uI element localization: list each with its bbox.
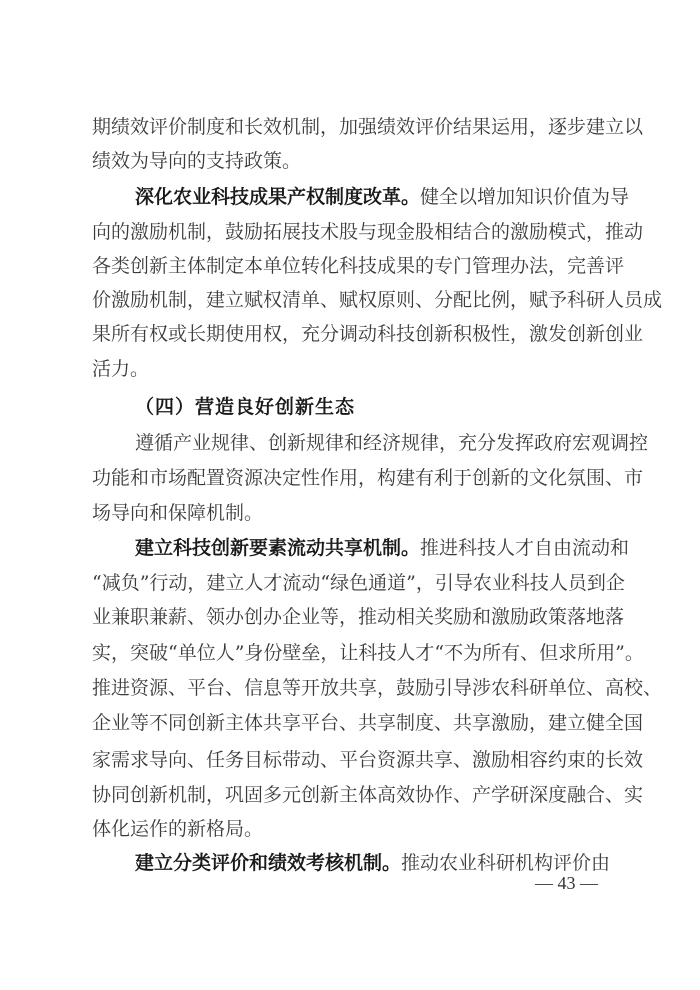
line-text: “减负”行动，建立人才流动“绿色通道”，引导农业科技人员到企 [92,572,625,594]
paragraph-line: 绩效为导向的支持政策。 [92,149,606,173]
paragraph-lead-heading: 深化农业科技成果产权制度改革。 [135,186,420,208]
paragraph-line: 推进资源、平台、信息等开放共享，鼓励引导涉农科研单位、高校、 [92,676,606,700]
paragraph-line: 活力。 [92,357,606,381]
line-text: 业兼职兼薪、领办创办企业等，推动相关奖励和激励政策落地落 [92,606,624,628]
line-text: 绩效为导向的支持政策。 [92,150,301,172]
paragraph-line: 实，突破“单位人”身份壁垒，让科技人才“不为所有、但求所用”。 [92,641,606,665]
line-text: 健全以增加知识价值为导 [420,186,629,208]
paragraph-line: 功能和市场配置资源决定性作用，构建有利于创新的文化氛围、市 [92,466,606,490]
line-text: 期绩效评价制度和长效机制，加强绩效评价结果运用，逐步建立以 [92,116,643,138]
line-text: 推动农业科研机构评价由 [401,852,610,874]
paragraph-line: 向的激励机制，鼓励拓展技术股与现金股相结合的激励模式，推动 [92,220,606,244]
line-text: 功能和市场配置资源决定性作用，构建有利于创新的文化氛围、市 [92,467,643,489]
line-text: 向的激励机制，鼓励拓展技术股与现金股相结合的激励模式，推动 [92,221,643,243]
paragraph-line: 建立分类评价和绩效考核机制。推动农业科研机构评价由 [135,851,606,875]
line-text: 价激励机制，建立赋权清单、赋权原则、分配比例，赋予科研人员成 [92,289,662,311]
page-number: — 43 — [535,873,598,894]
paragraph-line: 业兼职兼薪、领办创办企业等，推动相关奖励和激励政策落地落 [92,605,606,629]
document-page: 期绩效评价制度和长效机制，加强绩效评价结果运用，逐步建立以 绩效为导向的支持政策… [0,0,700,990]
line-text: 推进科技人才自由流动和 [420,537,629,559]
line-text: 协同创新机制，巩固多元创新主体高效协作、产学研深度融合、实 [92,784,643,806]
paragraph-line: “减负”行动，建立人才流动“绿色通道”，引导农业科技人员到企 [92,571,606,595]
line-text: 实，突破“单位人”身份壁垒，让科技人才“不为所有、但求所用”。 [92,642,644,664]
line-text: 果所有权或长期使用权，充分调动科技创新积极性，激发创新创业 [92,323,643,345]
paragraph-line: 深化农业科技成果产权制度改革。健全以增加知识价值为导 [135,185,606,209]
paragraph-line: 价激励机制，建立赋权清单、赋权原则、分配比例，赋予科研人员成 [92,288,606,312]
line-text: 场导向和保障机制。 [92,502,263,524]
paragraph-lead-heading: 建立科技创新要素流动共享机制。 [135,537,420,559]
paragraph-line: 果所有权或长期使用权，充分调动科技创新积极性，激发创新创业 [92,322,606,346]
paragraph-line: 场导向和保障机制。 [92,501,606,525]
paragraph-line: 体化运作的新格局。 [92,817,606,841]
section-heading-text: （四）营造良好创新生态 [135,396,355,418]
paragraph-line: 家需求导向、任务目标带动、平台资源共享、激励相容约束的长效 [92,748,606,772]
line-text: 企业等不同创新主体共享平台、共享制度、共享激励，建立健全国 [92,712,643,734]
line-text: 推进资源、平台、信息等开放共享，鼓励引导涉农科研单位、高校、 [92,677,662,699]
line-text: 活力。 [92,358,149,380]
paragraph-line: 建立科技创新要素流动共享机制。推进科技人才自由流动和 [135,536,606,560]
line-text: 家需求导向、任务目标带动、平台资源共享、激励相容约束的长效 [92,749,643,771]
paragraph-line: 协同创新机制，巩固多元创新主体高效协作、产学研深度融合、实 [92,783,606,807]
paragraph-line: 企业等不同创新主体共享平台、共享制度、共享激励，建立健全国 [92,711,606,735]
line-text: 遵循产业规律、创新规律和经济规律，充分发挥政府宏观调控 [135,432,648,454]
paragraph-line: 期绩效评价制度和长效机制，加强绩效评价结果运用，逐步建立以 [92,115,606,139]
line-text: 各类创新主体制定本单位转化科技成果的专门管理办法，完善评 [92,255,624,277]
paragraph-line: 遵循产业规律、创新规律和经济规律，充分发挥政府宏观调控 [135,431,606,455]
paragraph-line: 各类创新主体制定本单位转化科技成果的专门管理办法，完善评 [92,254,606,278]
paragraph-lead-heading: 建立分类评价和绩效考核机制。 [135,852,401,874]
section-heading: （四）营造良好创新生态 [135,395,606,419]
line-text: 体化运作的新格局。 [92,818,263,840]
